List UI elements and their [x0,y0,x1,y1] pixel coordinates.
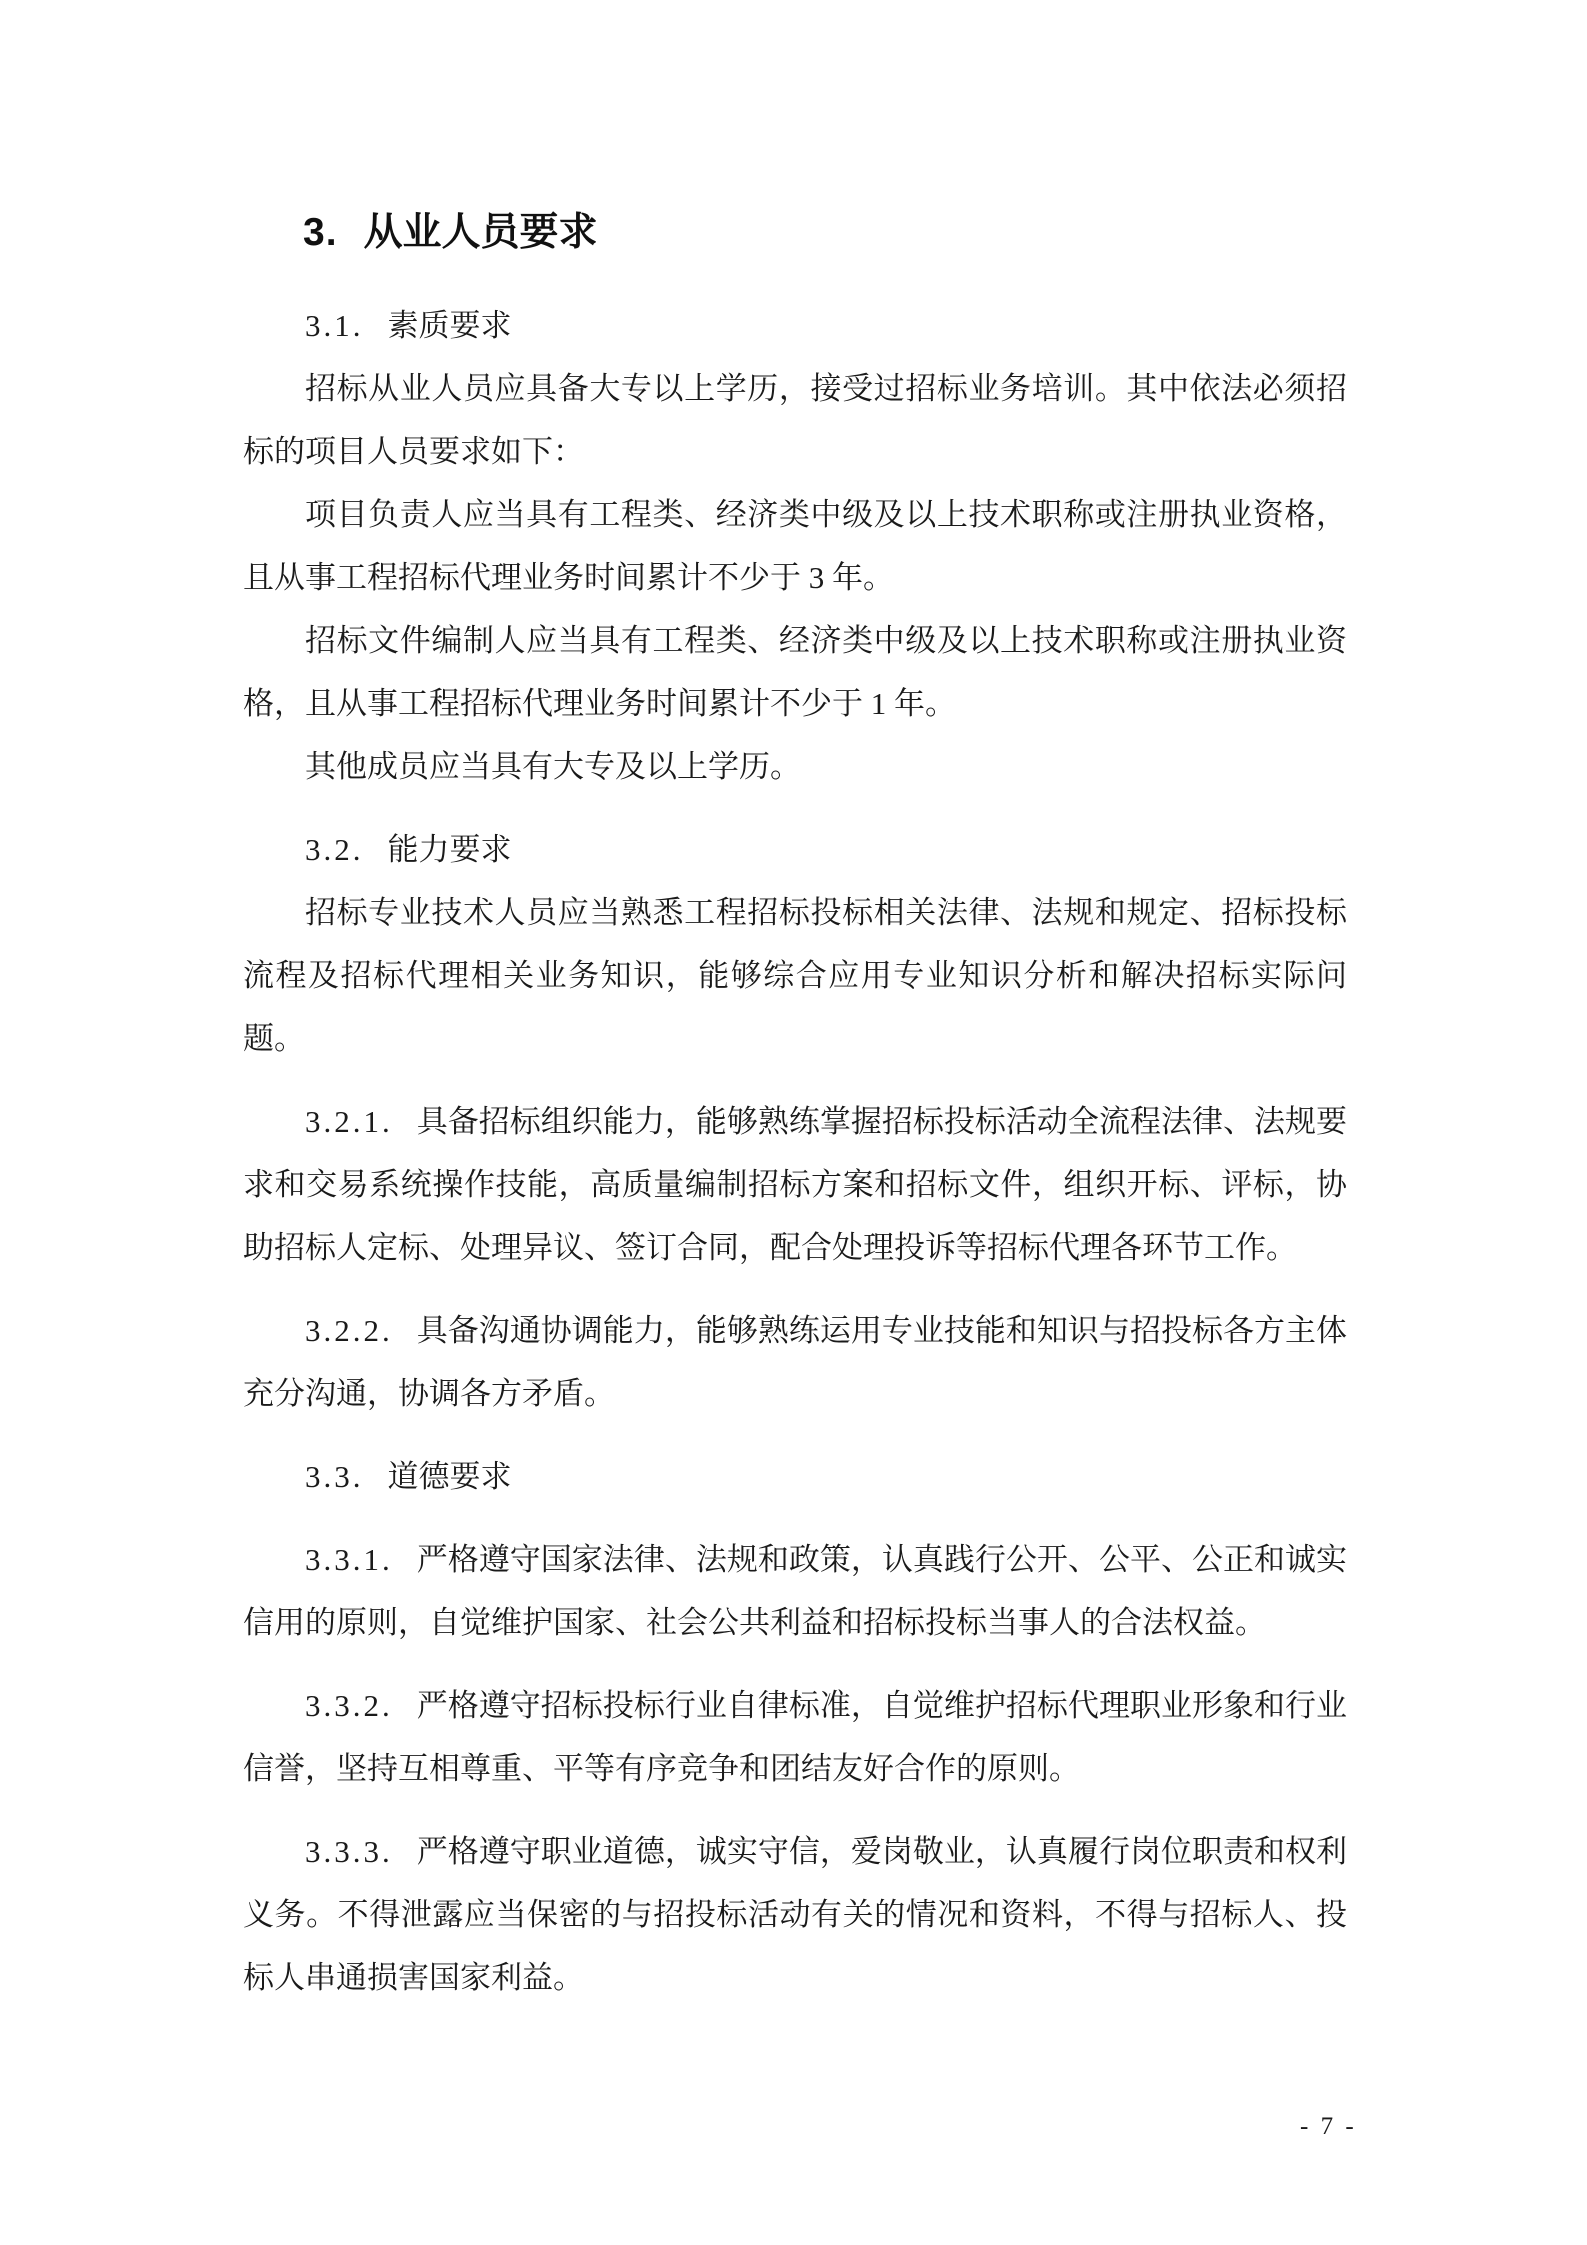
document-page: 3.从业人员要求 3.1.素质要求 招标从业人员应具备大专以上学历，接受过招标业… [0,0,1587,2245]
document-content: 3.从业人员要求 3.1.素质要求 招标从业人员应具备大专以上学历，接受过招标业… [243,0,1347,2009]
body-paragraph: 招标文件编制人应当具有工程类、经济类中级及以上技术职称或注册执业资格，且从事工程… [243,609,1347,735]
chapter-title: 从业人员要求 [364,211,598,254]
page-number: - 7 - [1300,2112,1357,2142]
item-number: 3.3.3. [305,1834,393,1869]
item-number: 3.2.2. [305,1313,393,1348]
subheading-number: 3.2. [305,832,364,867]
subheading-title: 素质要求 [388,308,512,343]
item-text: 严格遵守招标投标行业自律标准，自觉维护招标代理职业形象和行业信誉，坚持互相尊重、… [243,1688,1347,1786]
item-text: 具备沟通协调能力，能够熟练运用专业技能和知识与招投标各方主体充分沟通，协调各方矛… [243,1313,1347,1411]
chapter-heading: 3.从业人员要求 [243,201,1347,264]
subheading-number: 3.1. [305,308,364,343]
subheading-3-2: 3.2.能力要求 [243,818,1347,881]
body-paragraph: 项目负责人应当具有工程类、经济类中级及以上技术职称或注册执业资格，且从事工程招标… [243,483,1347,609]
body-paragraph: 招标从业人员应具备大专以上学历，接受过招标业务培训。其中依法必须招标的项目人员要… [243,357,1347,483]
item-number: 3.3.1. [305,1542,393,1577]
numbered-paragraph-3-3-1: 3.3.1.严格遵守国家法律、法规和政策，认真践行公开、公平、公正和诚实信用的原… [243,1528,1347,1654]
subheading-3-3: 3.3.道德要求 [243,1445,1347,1508]
body-paragraph: 招标专业技术人员应当熟悉工程招标投标相关法律、法规和规定、招标投标流程及招标代理… [243,881,1347,1070]
subheading-3-1: 3.1.素质要求 [243,294,1347,357]
body-paragraph: 其他成员应当具有大专及以上学历。 [243,735,1347,798]
subheading-number: 3.3. [305,1459,364,1494]
chapter-number: 3. [303,211,338,254]
numbered-paragraph-3-3-2: 3.3.2.严格遵守招标投标行业自律标准，自觉维护招标代理职业形象和行业信誉，坚… [243,1674,1347,1800]
subheading-title: 能力要求 [388,832,512,867]
item-text: 严格遵守职业道德，诚实守信，爱岗敬业，认真履行岗位职责和权利义务。不得泄露应当保… [243,1834,1347,1995]
subheading-title: 道德要求 [388,1459,512,1494]
numbered-paragraph-3-2-1: 3.2.1.具备招标组织能力，能够熟练掌握招标投标活动全流程法律、法规要求和交易… [243,1090,1347,1279]
item-text: 具备招标组织能力，能够熟练掌握招标投标活动全流程法律、法规要求和交易系统操作技能… [243,1104,1347,1265]
item-number: 3.3.2. [305,1688,393,1723]
item-text: 严格遵守国家法律、法规和政策，认真践行公开、公平、公正和诚实信用的原则，自觉维护… [243,1542,1347,1640]
numbered-paragraph-3-2-2: 3.2.2.具备沟通协调能力，能够熟练运用专业技能和知识与招投标各方主体充分沟通… [243,1299,1347,1425]
numbered-paragraph-3-3-3: 3.3.3.严格遵守职业道德，诚实守信，爱岗敬业，认真履行岗位职责和权利义务。不… [243,1820,1347,2009]
item-number: 3.2.1. [305,1104,393,1139]
